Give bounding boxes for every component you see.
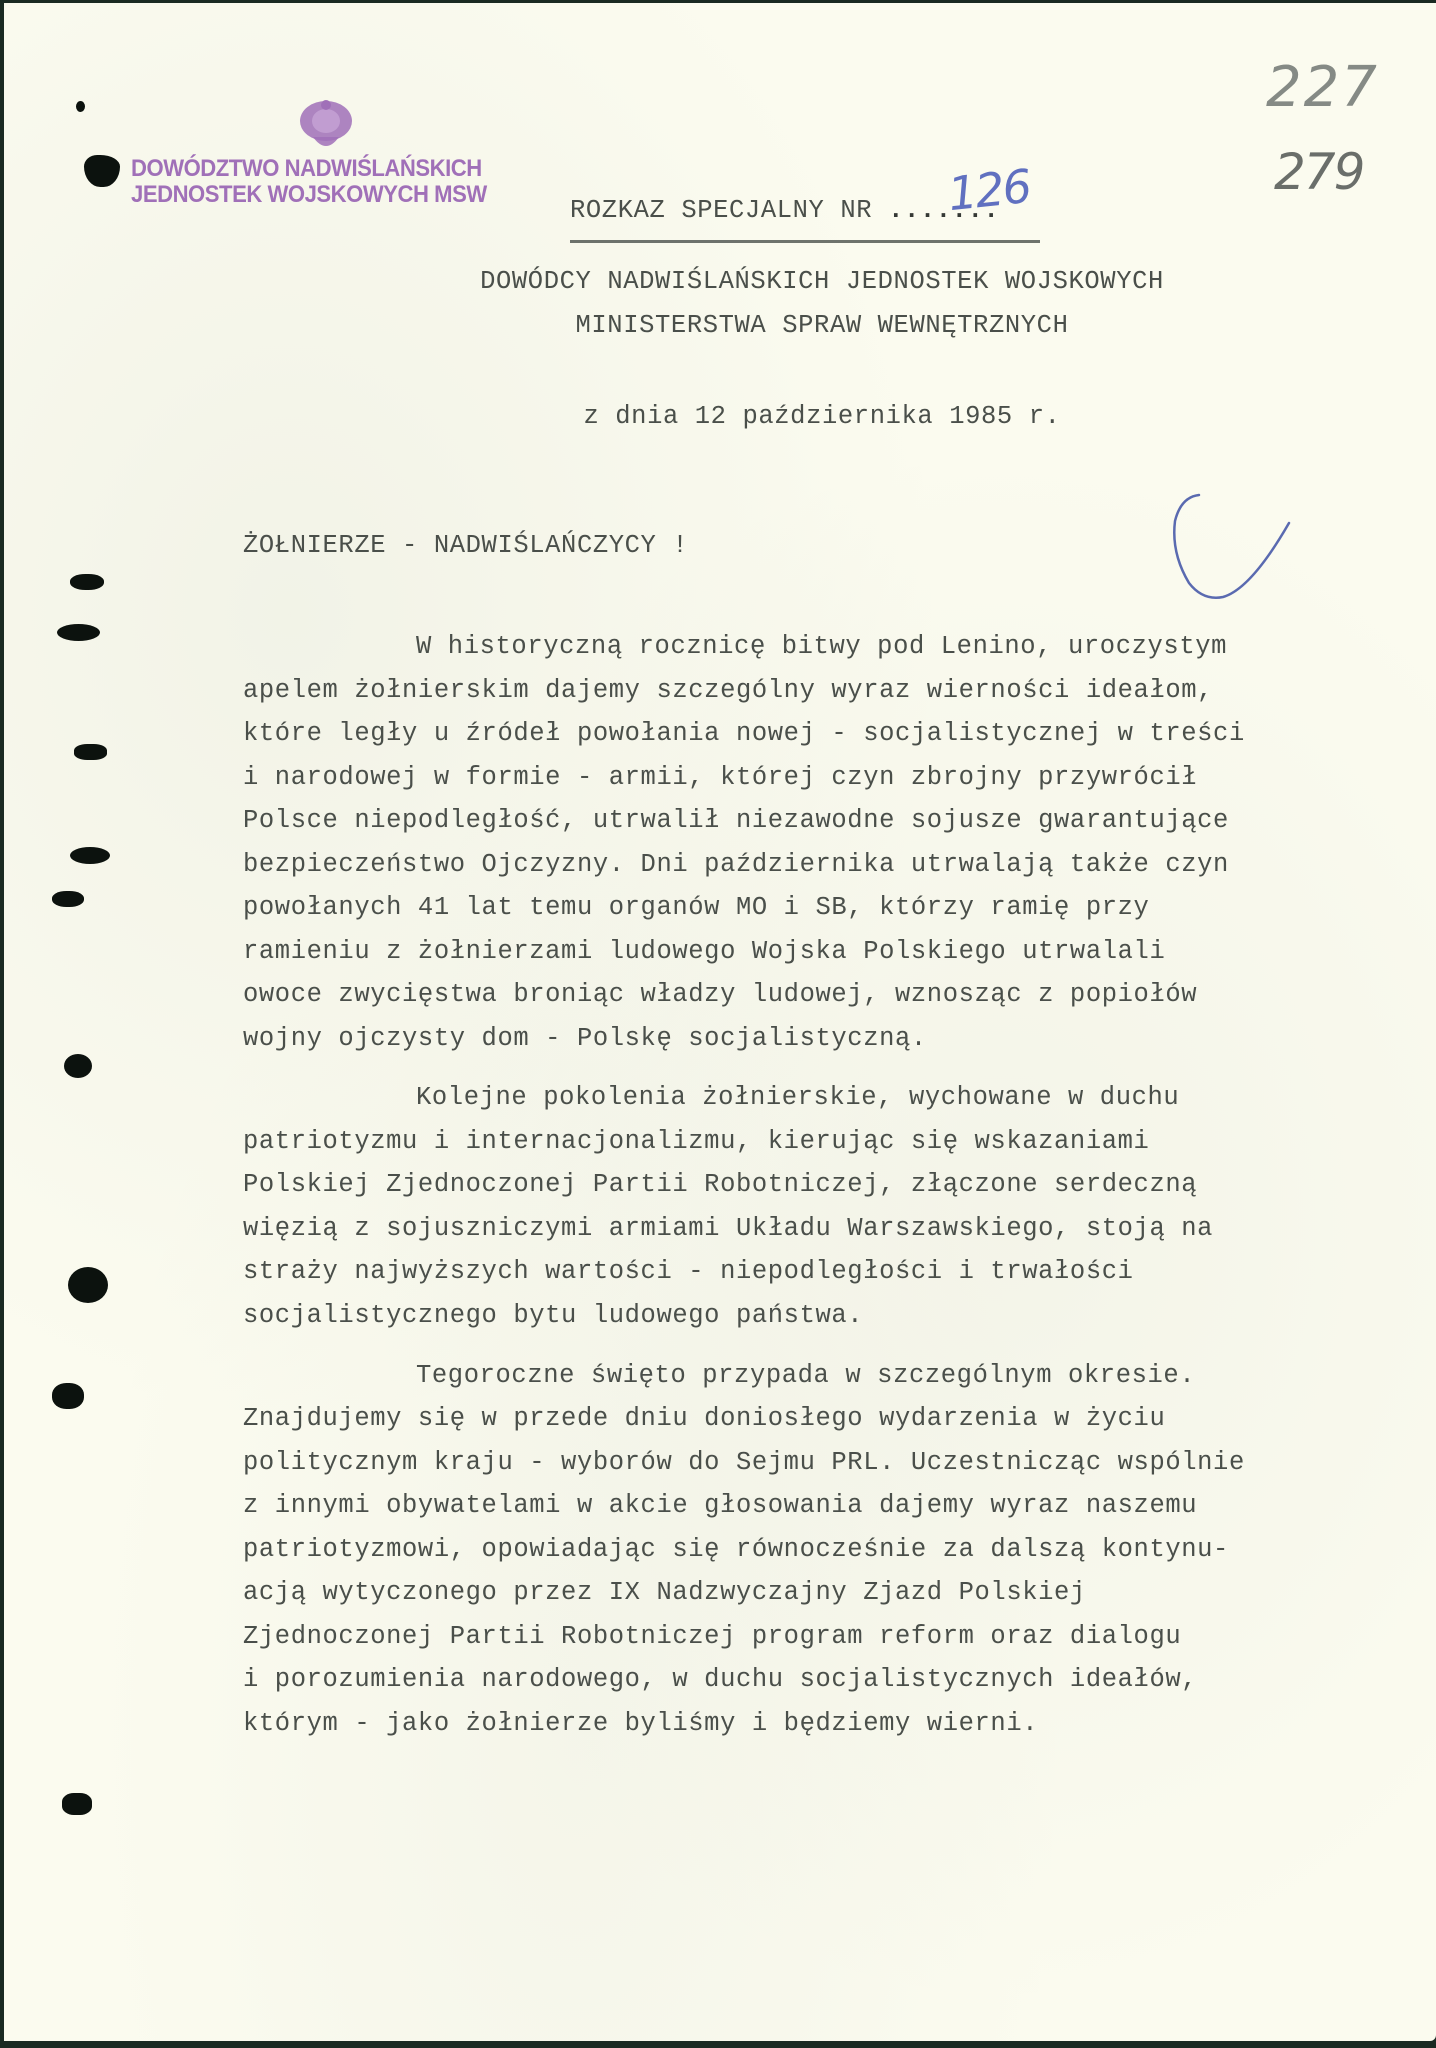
- archive-number-top: 227: [1266, 55, 1379, 120]
- salutation: ŻOŁNIERZE - NADWIŚLAŃCZYCY !: [243, 531, 688, 560]
- body-line: Zjednoczonej Partii Robotniczej program …: [243, 1622, 1181, 1651]
- body-line: z innymi obywatelami w akcie głosowania …: [243, 1491, 1197, 1520]
- punch-hole: [76, 101, 85, 112]
- body-line: patriotyzmowi, opowiadając się równocześ…: [243, 1535, 1229, 1564]
- stamp-line-2: JEDNOSTEK WOJSKOWYCH MSW: [131, 181, 487, 209]
- body-line: którym - jako żołnierze byliśmy i będzie…: [243, 1709, 1038, 1738]
- order-title-prefix: ROZKAZ SPECJALNY NR: [570, 196, 888, 225]
- handwritten-check-mark-icon: [1159, 483, 1309, 613]
- document-page: DOWÓDZTWO NADWIŚLAŃSKICH JEDNOSTEK WOJSK…: [4, 3, 1436, 2041]
- body-line: i narodowej w formie - armii, której czy…: [243, 763, 1197, 792]
- body-line: Znajdujemy się w przede dniu doniosłego …: [243, 1404, 1165, 1433]
- body-line: i porozumienia narodowego, w duchu socja…: [243, 1665, 1197, 1694]
- punch-hole: [62, 1793, 92, 1815]
- punch-hole: [74, 744, 107, 760]
- body-line: ramieniu z żołnierzami ludowego Wojska P…: [243, 937, 1165, 966]
- punch-hole: [64, 1054, 92, 1078]
- body-line: politycznym kraju - wyborów do Sejmu PRL…: [243, 1448, 1245, 1477]
- issuer-line-1: DOWÓDCY NADWIŚLAŃSKICH JEDNOSTEK WOJSKOW…: [372, 267, 1272, 296]
- title-underline: [570, 240, 1040, 243]
- punch-hole: [52, 891, 84, 907]
- body-line: acją wytyczonego przez IX Nadzwyczajny Z…: [243, 1578, 1086, 1607]
- body-line: owoce zwycięstwa broniąc władzy ludowej,…: [243, 980, 1197, 1009]
- body-line: Polskiej Zjednoczonej Partii Robotniczej…: [243, 1170, 1197, 1199]
- body-line: bezpieczeństwo Ojczyzny. Dni październik…: [243, 850, 1229, 879]
- punch-hole: [70, 574, 104, 590]
- punch-hole: [70, 847, 110, 864]
- body-line: straży najwyższych wartości - niepodległ…: [243, 1257, 1134, 1286]
- body-line: powołanych 41 lat temu organów MO i SB, …: [243, 893, 1149, 922]
- punch-hole: [84, 155, 120, 187]
- punch-hole: [68, 1267, 108, 1303]
- body-line: więzią z sojuszniczymi armiami Układu Wa…: [243, 1214, 1213, 1243]
- body-line: W historyczną rocznicę bitwy pod Lenino,…: [416, 632, 1227, 661]
- body-line: socjalistycznego bytu ludowego państwa.: [243, 1301, 863, 1330]
- order-date: z dnia 12 października 1985 r.: [372, 402, 1272, 431]
- order-number-handwritten: 126: [945, 159, 1032, 221]
- body-line: które legły u źródeł powołania nowej - s…: [243, 719, 1245, 748]
- issuer-line-2: MINISTERSTWA SPRAW WEWNĘTRZNYCH: [372, 311, 1272, 340]
- body-line: wojny ojczysty dom - Polskę socjalistycz…: [243, 1024, 927, 1053]
- body-line: apelem żołnierskim dajemy szczególny wyr…: [243, 676, 1213, 705]
- body-line: Polsce niepodległość, utrwalił niezawodn…: [243, 806, 1229, 835]
- eagle-emblem-icon: [299, 99, 353, 155]
- order-title: ROZKAZ SPECJALNY NR .......: [570, 196, 999, 225]
- body-line: Tegoroczne święto przypada w szczególnym…: [416, 1361, 1195, 1390]
- punch-hole: [57, 624, 100, 641]
- punch-hole: [52, 1383, 84, 1409]
- stamp-line-1: DOWÓDZTWO NADWIŚLAŃSKICH: [131, 155, 482, 183]
- body-line: Kolejne pokolenia żołnierskie, wychowane…: [416, 1083, 1179, 1112]
- archive-number-bottom: 279: [1274, 143, 1363, 201]
- body-line: patriotyzmu i internacjonalizmu, kierują…: [243, 1127, 1149, 1156]
